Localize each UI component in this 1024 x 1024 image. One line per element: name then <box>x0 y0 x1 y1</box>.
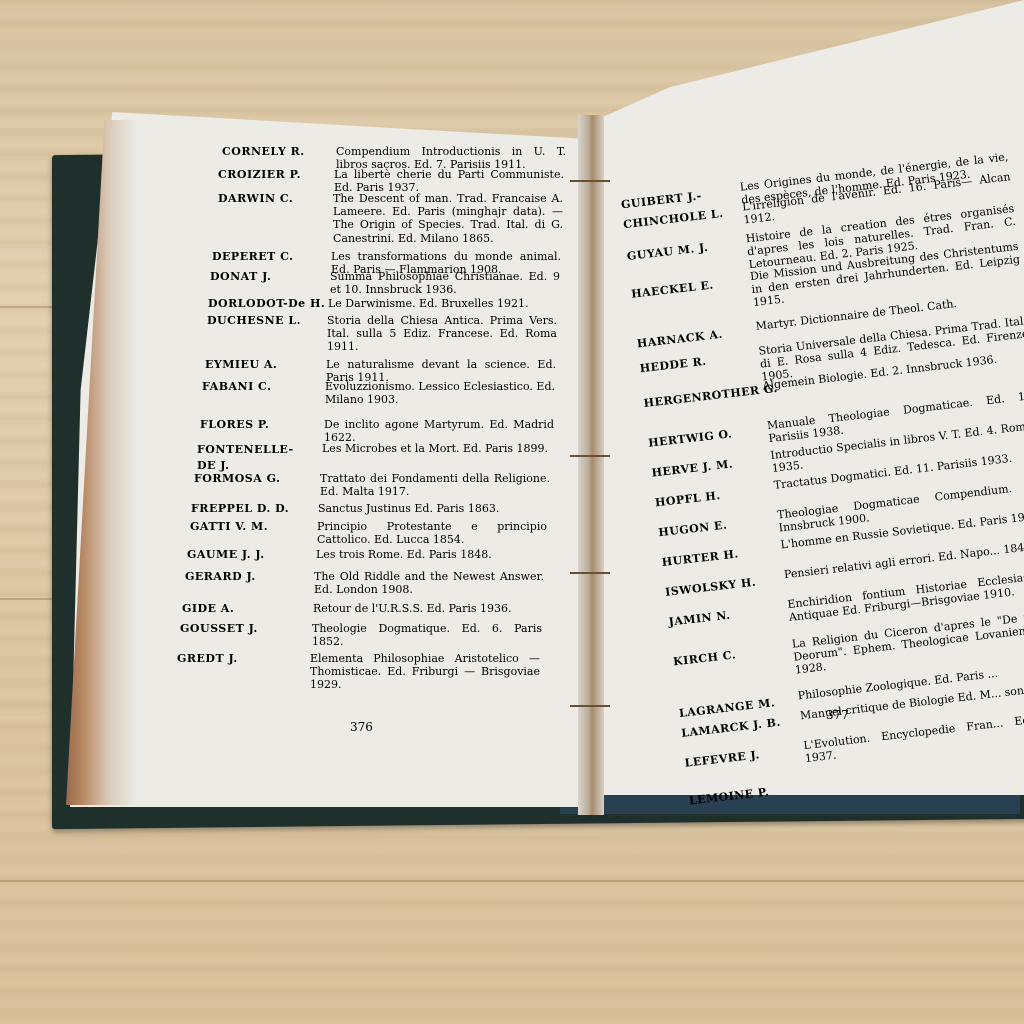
author-name: EYMIEU A. <box>205 358 277 371</box>
author-name: CROIZIER P. <box>218 168 301 181</box>
bibliography-text: Theologie Dogmatique. Ed. 6. Paris 1852. <box>312 622 542 648</box>
bibliography-text: Evoluzzionismo. Lessico Eclesiastico. Ed… <box>325 380 555 406</box>
author-name: GUYAU M. J. <box>626 241 709 263</box>
author-name: GATTI V. M. <box>190 520 268 533</box>
author-name: DEPERET C. <box>212 250 294 263</box>
bibliography-text: The Descent of man. Trad. Francaise A. L… <box>333 192 563 245</box>
wood-plank-seam <box>0 880 1024 882</box>
author-name: FLORES P. <box>200 418 269 431</box>
author-name: DUCHESNE L. <box>207 314 301 327</box>
bibliography-text: Les Microbes et la Mort. Ed. Paris 1899. <box>322 442 552 455</box>
author-name: HOPFL H. <box>654 489 721 509</box>
author-name: HEDDE R. <box>639 355 707 376</box>
binding-stitch <box>570 572 610 574</box>
author-name: ISWOLSKY H. <box>665 576 757 599</box>
bibliography-text: La libertè cherie du Parti Communiste. E… <box>334 168 564 194</box>
author-name: DONAT J. <box>210 270 271 283</box>
page-number-left: 376 <box>350 720 373 734</box>
bibliography-text: Principio Protestante e principio Cattol… <box>317 520 547 546</box>
author-name: JAMIN N. <box>668 609 731 629</box>
author-name: HUGON E. <box>658 518 728 539</box>
binding-stitch <box>570 705 610 707</box>
binding-stitch <box>570 180 610 182</box>
bibliography-text: Sanctus Justinus Ed. Paris 1863. <box>318 502 548 515</box>
bibliography-text: Summa Philosophiae Christianae. Ed. 9 et… <box>330 270 560 296</box>
author-name: FABANI C. <box>202 380 271 393</box>
author-name: GIDE A. <box>182 602 234 615</box>
bibliography-text: The Old Riddle and the Newest Answer. Ed… <box>314 570 544 596</box>
author-name: LEFEVRE J. <box>684 748 760 769</box>
author-name: FREPPEL D. D. <box>191 502 289 515</box>
author-name: DARWIN C. <box>218 192 293 205</box>
author-name: LAGRANGE M. <box>678 696 775 720</box>
author-name: HURTER H. <box>661 547 739 569</box>
bibliography-text: Le Darwinisme. Ed. Bruxelles 1921. <box>328 297 558 310</box>
author-name: GREDT J. <box>177 652 238 665</box>
author-name: GUIBERT J.- <box>620 189 702 211</box>
book-gutter <box>578 115 604 815</box>
author-name: GERARD J. <box>185 570 256 583</box>
author-name: LAMARCK J. B. <box>681 716 782 740</box>
author-name: HERGENROTHER G. <box>643 382 778 410</box>
page-number-right: 377 <box>826 708 849 722</box>
author-name: GOUSSET J. <box>180 622 258 635</box>
author-name: CORNELY R. <box>222 145 305 158</box>
author-name: KIRCH C. <box>672 648 736 668</box>
author-name: DORLODOT-De H. <box>208 297 325 310</box>
author-name: GAUME J. J. <box>187 548 265 561</box>
author-name: HARNACK A. <box>636 328 723 351</box>
bibliography-text: Storia della Chiesa Antica. Prima Vers. … <box>327 314 557 354</box>
bibliography-text: De inclito agone Martyrum. Ed. Madrid 16… <box>324 418 554 444</box>
bibliography-text: Elementa Philosophiae Aristotelico — Tho… <box>310 652 540 692</box>
author-name: LEMOINE P. <box>688 785 770 807</box>
bibliography-text: Trattato dei Fondamenti della Religione.… <box>320 472 550 498</box>
bibliography-text: Retour de l'U.R.S.S. Ed. Paris 1936. <box>313 602 543 615</box>
author-name: HERTWIG O. <box>648 427 733 449</box>
bibliography-text: Les trois Rome. Ed. Paris 1848. <box>316 548 546 561</box>
author-name: HAECKEL E. <box>631 278 715 300</box>
binding-stitch <box>570 455 610 457</box>
author-name: CHINCHOLE L. <box>623 207 724 231</box>
author-name: FORMOSA G. <box>194 472 280 485</box>
author-name: FONTENELLE-DE J. <box>197 442 277 474</box>
author-name: HERVE J. M. <box>651 457 734 479</box>
